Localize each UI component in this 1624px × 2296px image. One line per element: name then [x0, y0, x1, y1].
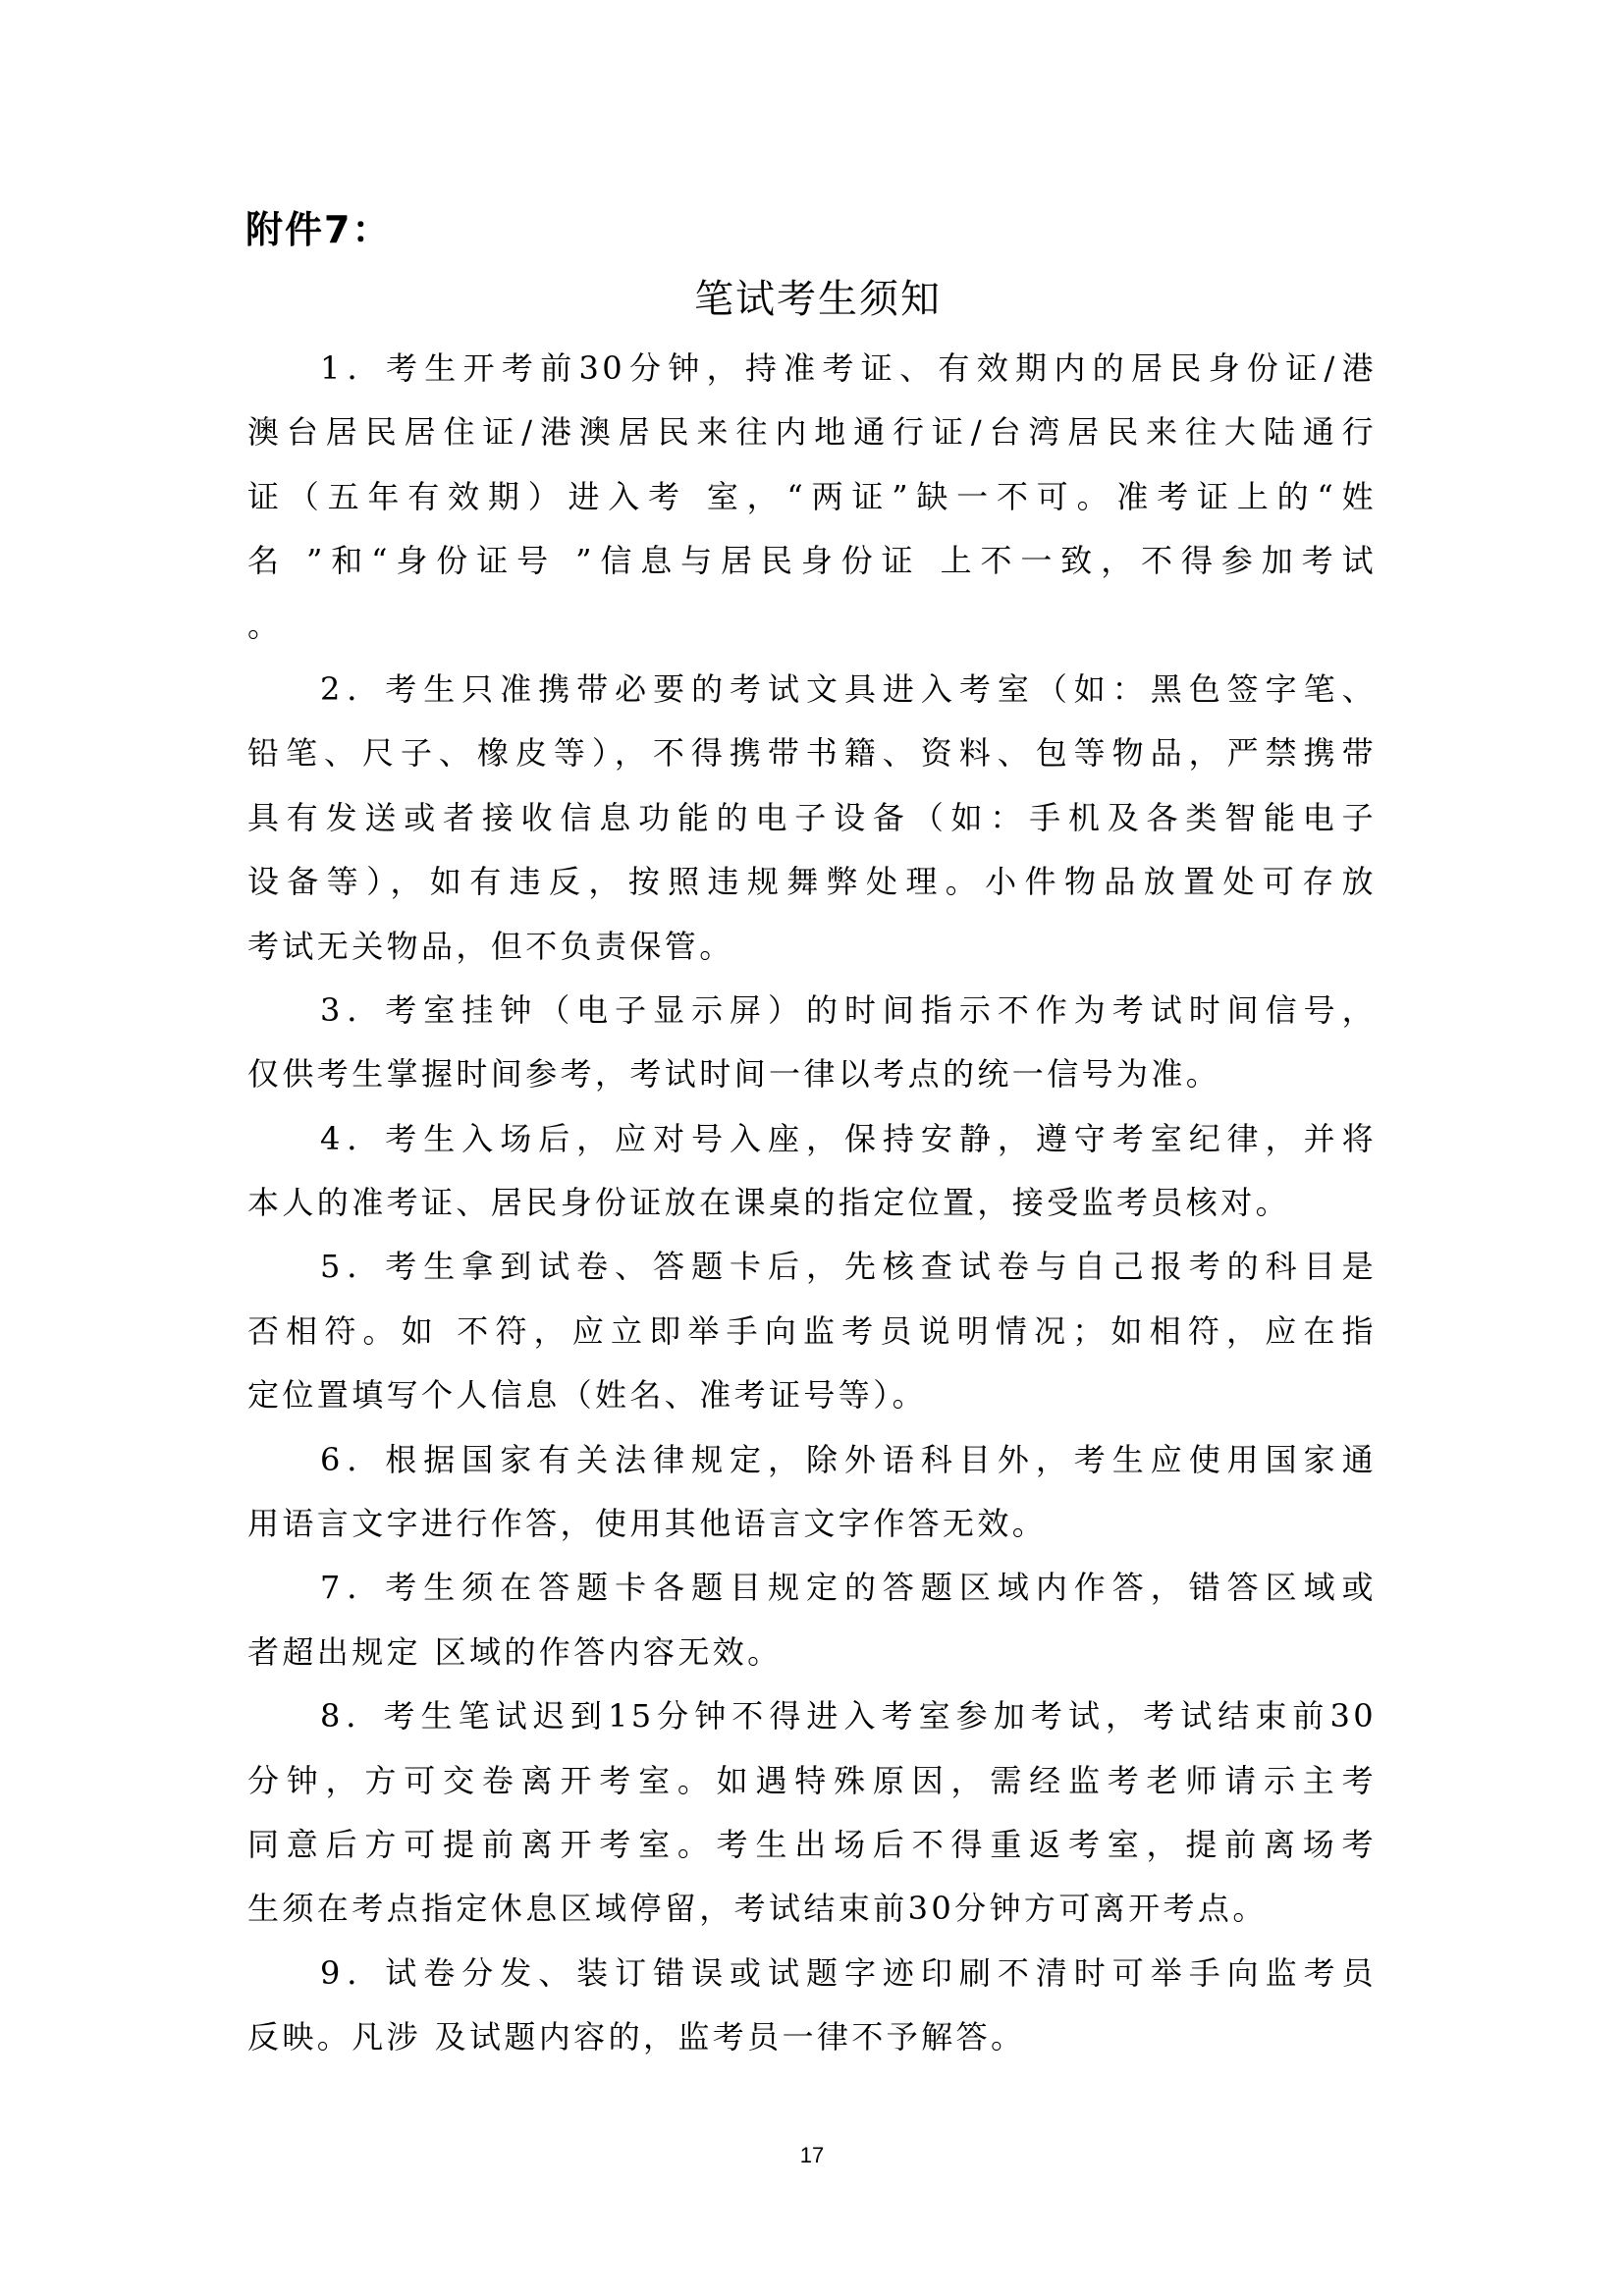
notice-item-5: 5．考生拿到试卷、答题卡后，先核查试卷与自己报考的科目是 否相符。如 不符，应立…	[247, 1235, 1386, 1427]
notice-item-6: 6．根据国家有关法律规定，除外语科目外，考生应使用国家通 用语言文字进行作答，使…	[247, 1428, 1386, 1557]
paragraph-line: 8．考生笔试迟到15分钟不得进入考室参加考试，考试结束前30	[247, 1684, 1377, 1748]
notice-body: 1．考生开考前30分钟，持准考证、有效期内的居民身份证/港 澳台居民居住证/港澳…	[247, 337, 1386, 2070]
notice-item-3: 3．考室挂钟（电子显示屏）的时间指示不作为考试时间信号， 仅供考生掌握时间参考，…	[247, 979, 1386, 1107]
document-title: 笔试考生须知	[0, 273, 1624, 326]
paragraph-line: 3．考室挂钟（电子显示屏）的时间指示不作为考试时间信号，	[247, 979, 1377, 1042]
paragraph-line: 具有发送或者接收信息功能的电子设备（如：手机及各类智能电子	[247, 786, 1377, 850]
notice-item-9: 9．试卷分发、装订错误或试题字迹印刷不清时可举手向监考员 反映。凡涉 及试题内容…	[247, 1942, 1386, 2070]
paragraph-line: 反映。凡涉 及试题内容的，监考员一律不予解答。	[247, 2005, 1386, 2069]
paragraph-line: 者超出规定 区域的作答内容无效。	[247, 1621, 1386, 1684]
notice-item-8: 8．考生笔试迟到15分钟不得进入考室参加考试，考试结束前30 分钟，方可交卷离开…	[247, 1684, 1386, 1942]
paragraph-line: 2．考生只准携带必要的考试文具进入考室（如：黑色签字笔、	[247, 658, 1377, 721]
paragraph-line: 生须在考点指定休息区域停留，考试结束前30分钟方可离开考点。	[247, 1877, 1386, 1941]
paragraph-line: 用语言文字进行作答，使用其他语言文字作答无效。	[247, 1492, 1386, 1556]
paragraph-line: 9．试卷分发、装订错误或试题字迹印刷不清时可举手向监考员	[247, 1942, 1377, 2005]
paragraph-line: 仅供考生掌握时间参考，考试时间一律以考点的统一信号为准。	[247, 1042, 1386, 1106]
paragraph-line: 同意后方可提前离开考室。考生出场后不得重返考室，提前离场考	[247, 1813, 1377, 1877]
attachment-label: 附件7：	[245, 204, 391, 255]
paragraph-line: 7．考生须在答题卡各题目规定的答题区域内作答，错答区域或	[247, 1556, 1377, 1620]
paragraph-line: 6．根据国家有关法律规定，除外语科目外，考生应使用国家通	[247, 1428, 1377, 1492]
paragraph-line: 否相符。如 不符，应立即举手向监考员说明情况；如相符，应在指	[247, 1300, 1377, 1363]
paragraph-line: 4．考生入场后，应对号入座，保持安静，遵守考室纪律，并将	[247, 1107, 1377, 1171]
paragraph-line: 定位置填写个人信息（姓名、准考证号等）。	[247, 1363, 1386, 1427]
paragraph-line: 澳台居民居住证/港澳居民来往内地通行证/台湾居民来往大陆通行	[247, 400, 1377, 464]
paragraph-line: 。	[247, 594, 1386, 658]
page-number: 17	[0, 2142, 1624, 2169]
paragraph-line: 铅笔、尺子、橡皮等），不得携带书籍、资料、包等物品，严禁携带	[247, 721, 1377, 785]
notice-item-1: 1．考生开考前30分钟，持准考证、有效期内的居民身份证/港 澳台居民居住证/港澳…	[247, 337, 1386, 658]
paragraph-line: 本人的准考证、居民身份证放在课桌的指定位置，接受监考员核对。	[247, 1171, 1386, 1235]
notice-item-7: 7．考生须在答题卡各题目规定的答题区域内作答，错答区域或 者超出规定 区域的作答…	[247, 1556, 1386, 1684]
paragraph-line: 名 ”和“身份证号 ”信息与居民身份证 上不一致，不得参加考试	[247, 529, 1377, 593]
paragraph-line: 分钟，方可交卷离开考室。如遇特殊原因，需经监考老师请示主考	[247, 1749, 1377, 1813]
document-page: 附件7： 笔试考生须知 1．考生开考前30分钟，持准考证、有效期内的居民身份证/…	[0, 0, 1624, 2296]
paragraph-line: 1．考生开考前30分钟，持准考证、有效期内的居民身份证/港	[247, 337, 1377, 400]
notice-item-2: 2．考生只准携带必要的考试文具进入考室（如：黑色签字笔、 铅笔、尺子、橡皮等），…	[247, 658, 1386, 979]
paragraph-line: 5．考生拿到试卷、答题卡后，先核查试卷与自己报考的科目是	[247, 1235, 1377, 1299]
paragraph-line: 设备等），如有违反，按照违规舞弊处理。小件物品放置处可存放	[247, 850, 1377, 914]
paragraph-line: 考试无关物品，但不负责保管。	[247, 915, 1386, 979]
notice-item-4: 4．考生入场后，应对号入座，保持安静，遵守考室纪律，并将 本人的准考证、居民身份…	[247, 1107, 1386, 1236]
paragraph-line: 证（五年有效期）进入考 室，“两证”缺一不可。准考证上的“姓	[247, 465, 1377, 529]
